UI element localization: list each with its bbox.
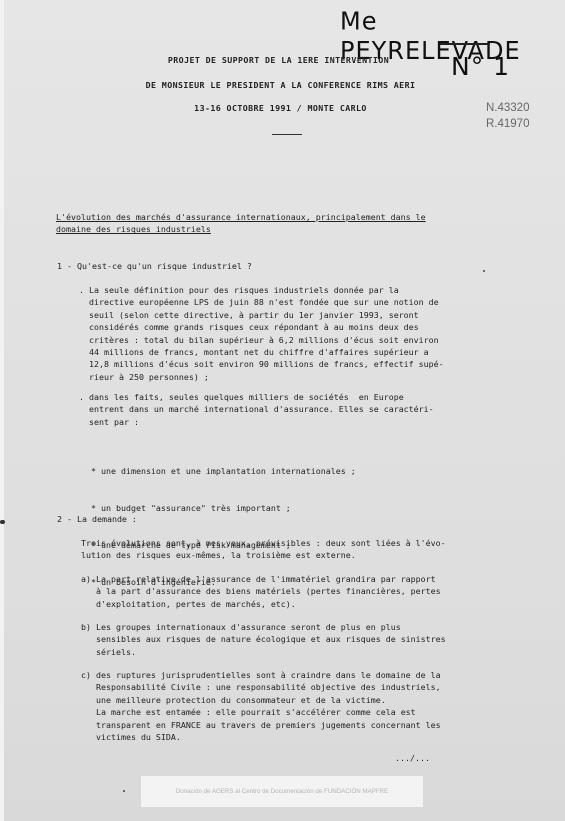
section-1-paragraph-1: . La seule définition pour des risques i… [79, 284, 444, 383]
ref-n: N.43320 [486, 100, 529, 116]
continuation-mark: .../... [395, 752, 430, 764]
header-separator [272, 134, 302, 135]
page-edge [0, 0, 4, 821]
section-2-heading: 2 - La demande : [57, 513, 137, 525]
header-line-2: DE MONSIEUR LE PRESIDENT A LA CONFERENCE… [0, 80, 563, 90]
ref-r: R.41970 [486, 116, 529, 132]
header-line-1: PROJET DE SUPPORT DE LA 1ERE INTERVENTIO… [0, 55, 561, 65]
list-item: * une dimension et une implantation inte… [91, 465, 356, 477]
scan-speck [123, 790, 125, 792]
section-1-paragraph-2: . dans les faits, seules quelques millie… [79, 391, 434, 428]
section-2-item-a: a) La part relative de l'assurance de l'… [81, 573, 441, 610]
donation-stamp-text: Donación de AGERS al Centro de Documenta… [176, 788, 389, 795]
scan-speck [483, 270, 485, 272]
handwritten-underline [440, 43, 490, 45]
donation-stamp: Donación de AGERS al Centro de Documenta… [141, 776, 423, 807]
reference-numbers: N.43320 R.41970 [486, 100, 529, 132]
section-2-intro: Trois évolutions sont, à mes yeux, prévi… [81, 537, 446, 562]
scan-mark [0, 520, 5, 524]
section-2-item-b: b) Les groupes internationaux d'assuranc… [81, 621, 446, 658]
document-title: L'évolution des marchés d'assurance inte… [56, 211, 426, 236]
section-2-item-c: c) des ruptures jurisprudentielles sont … [81, 669, 441, 743]
section-1-heading: 1 - Qu'est-ce qu'un risque industriel ? [57, 260, 252, 272]
scanned-page: Me PEYRELEVADE N° 1 PROJET DE SUPPORT DE… [0, 0, 565, 821]
header-line-3: 13-16 OCTOBRE 1991 / MONTE CARLO [0, 103, 563, 113]
